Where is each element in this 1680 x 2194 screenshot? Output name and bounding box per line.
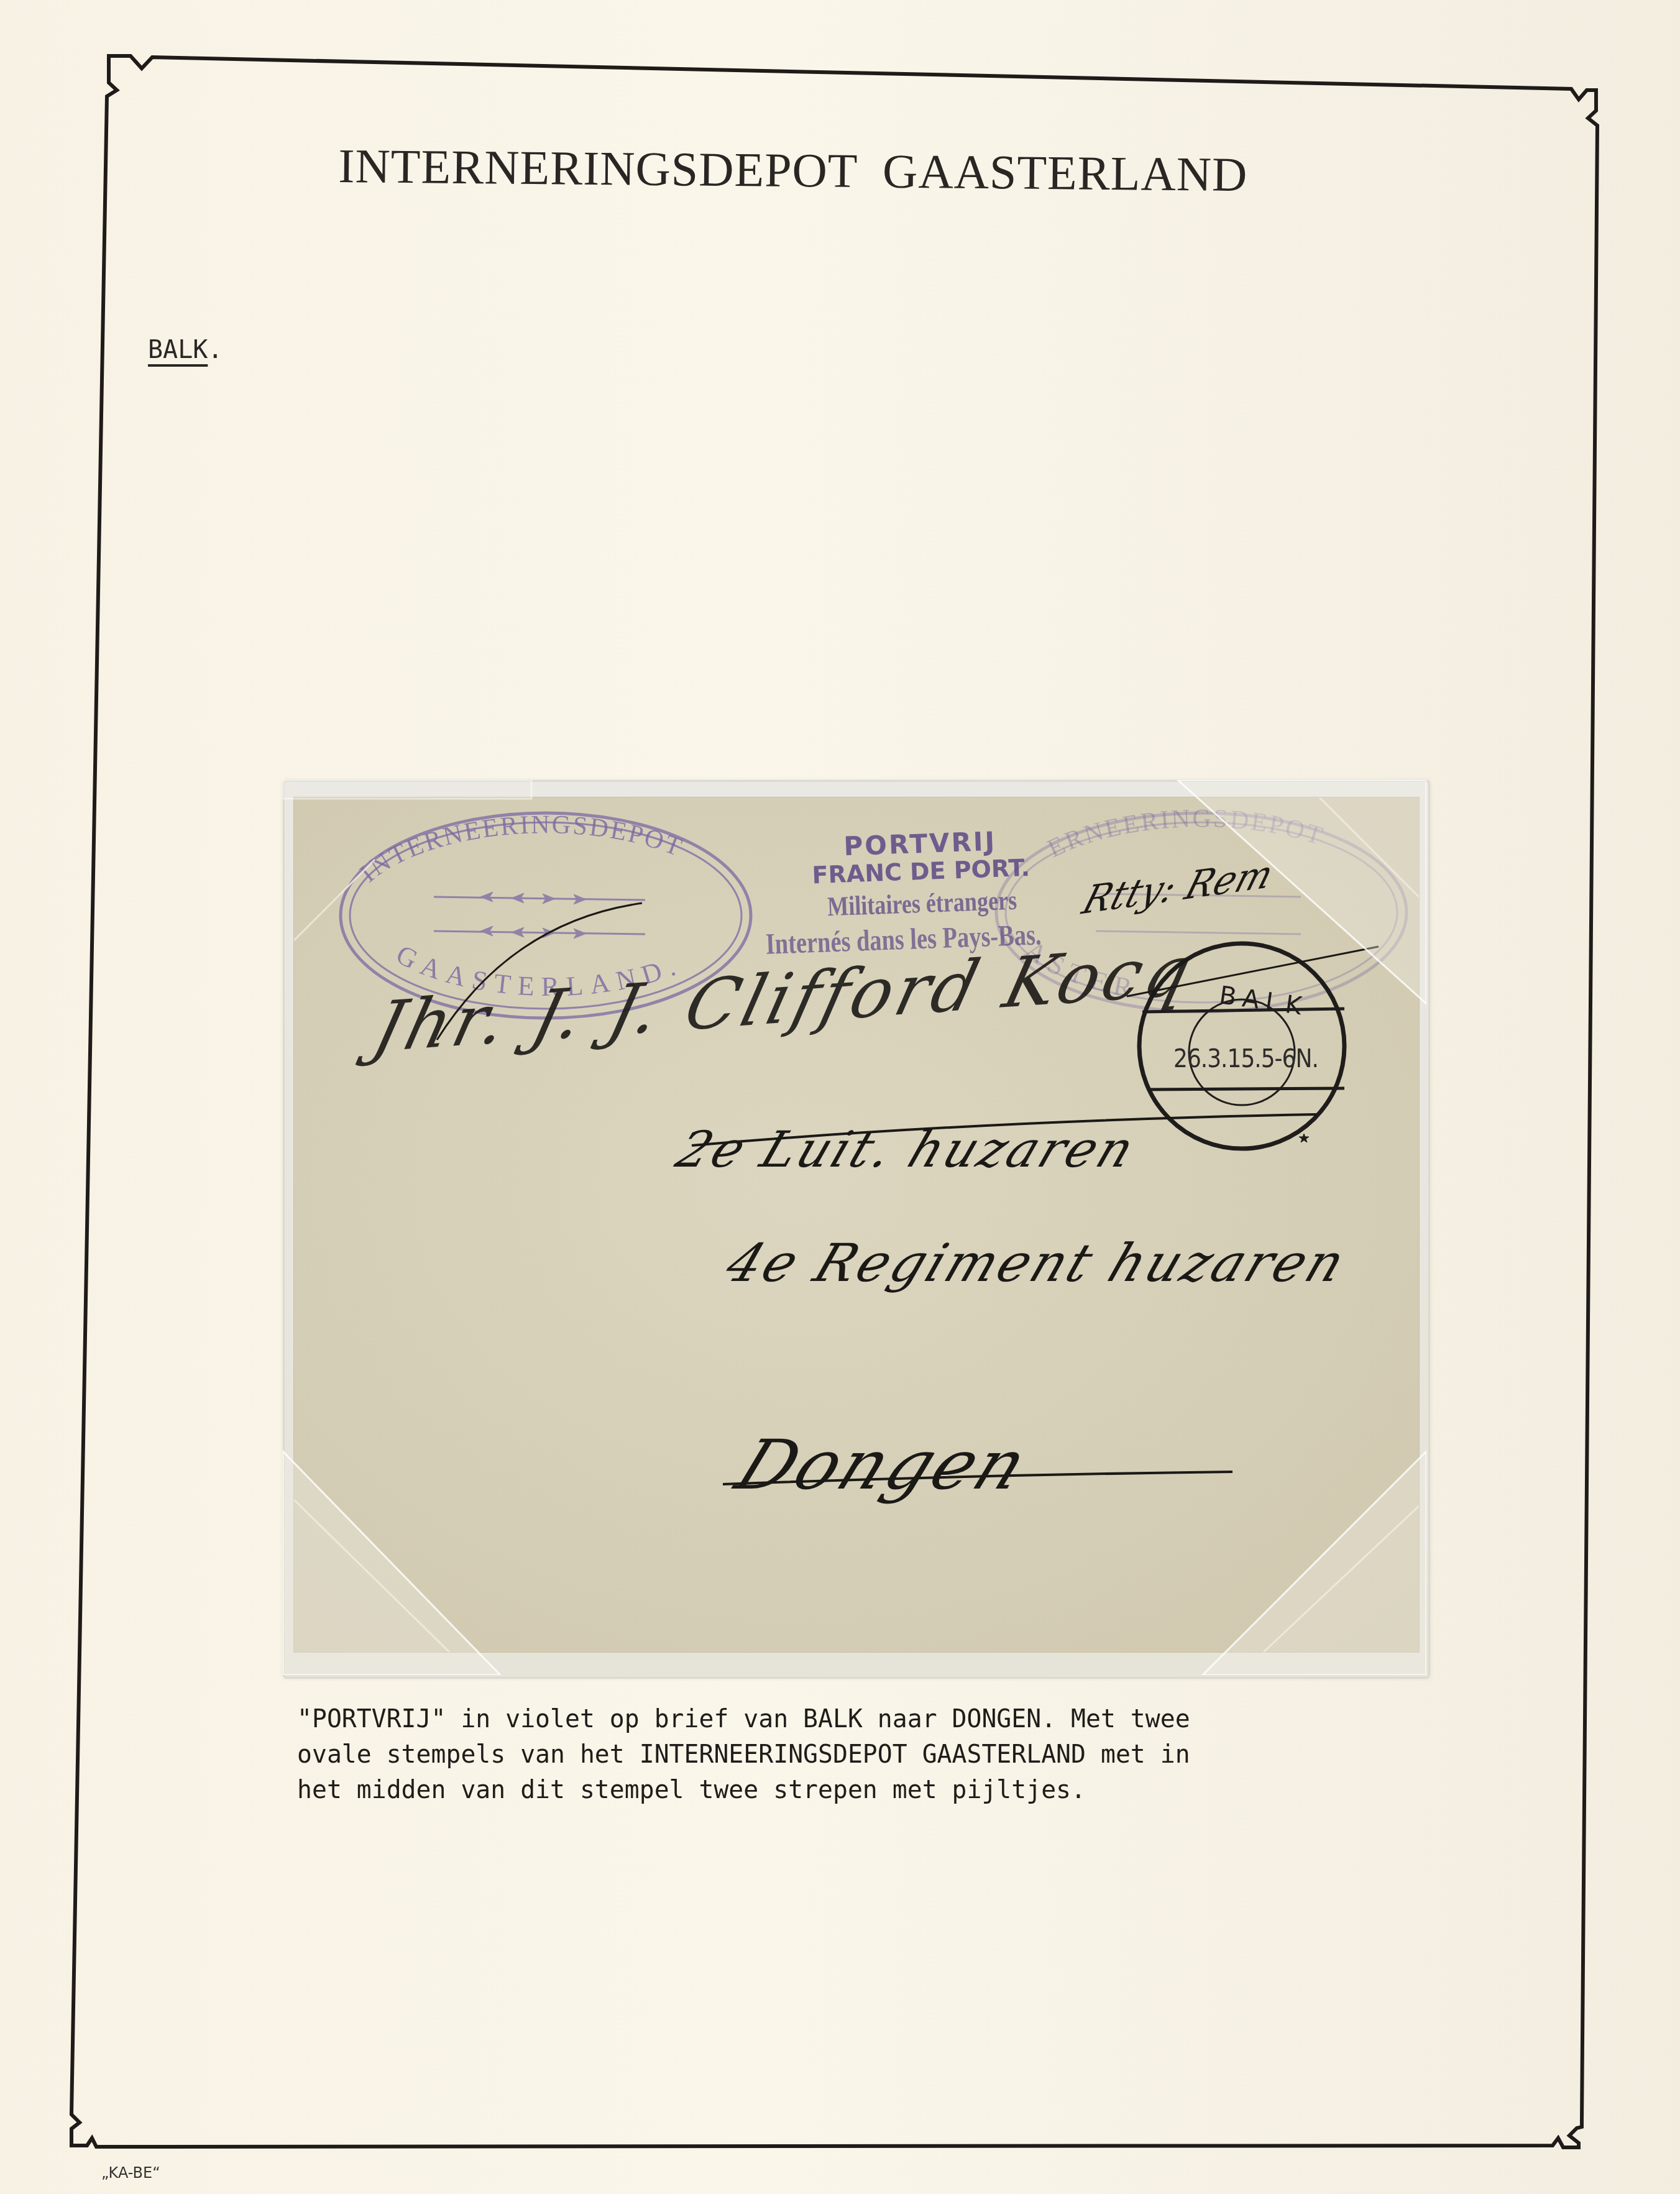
- corner-top-left: [283, 780, 531, 799]
- section-label-town: BALK: [148, 336, 208, 364]
- photo-corners: [283, 780, 1426, 1675]
- publisher-mark: „KA-BE“: [101, 2164, 160, 2182]
- caption-line: het midden van dit stempel twee strepen …: [297, 1772, 1292, 1807]
- section-label-suffix: .: [208, 336, 223, 364]
- caption-line: "PORTVRIJ" in violet op brief van BALK n…: [297, 1701, 1292, 1737]
- corner-bottom-left: [283, 1451, 500, 1675]
- caption-line: ovale stempels van het INTERNEERINGSDEPO…: [297, 1737, 1292, 1772]
- corner-top-right: [1178, 780, 1426, 1004]
- corner-bottom-right: [1203, 1451, 1426, 1675]
- cover-caption: "PORTVRIJ" in violet op brief van BALK n…: [297, 1701, 1292, 1807]
- section-label: BALK.: [148, 336, 223, 364]
- page-title: INTERNERINGSDEPOT GAASTERLAND: [338, 138, 1389, 204]
